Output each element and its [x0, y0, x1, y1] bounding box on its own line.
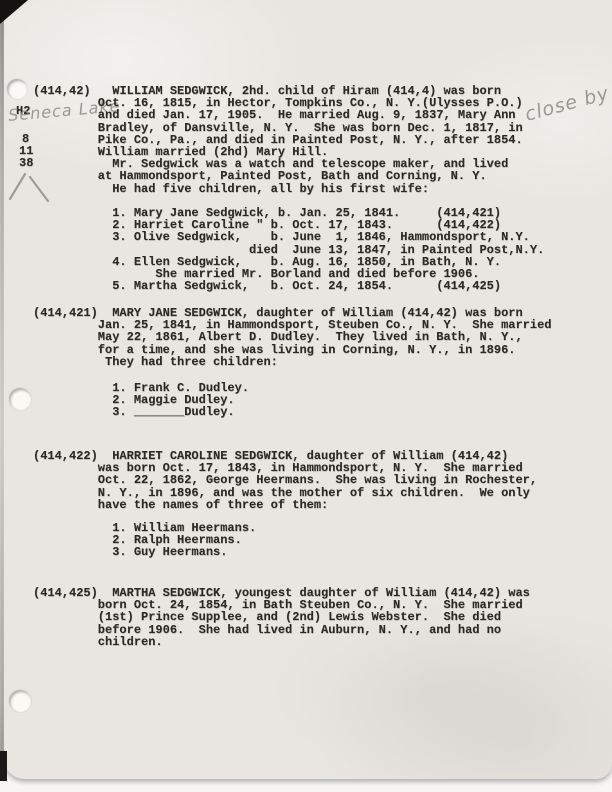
section-414-422-paragraph: (414,422) HARRIET CAROLINE SEDGWICK, dau…	[33, 450, 537, 511]
punch-hole-top	[7, 79, 27, 99]
punch-hole-bottom	[9, 690, 31, 712]
section-414-42-paragraph: (414,42) WILLIAM SEDGWICK, 2hd. child of…	[33, 85, 523, 195]
section-414-421-children-list: 1. Frank C. Dudley. 2. Maggie Dudley. 3.…	[33, 382, 249, 419]
margin-label-38: 38	[19, 157, 33, 169]
scanned-document-page: { "document": { "margin_labels": ["H2", …	[0, 0, 612, 792]
section-414-422-children-list: 1. William Heermans. 2. Ralph Heermans. …	[33, 522, 256, 559]
punch-hole-middle	[9, 388, 31, 410]
section-414-42-children-list: 1. Mary Jane Sedgwick, b. Jan. 25, 1841.…	[33, 207, 544, 292]
bottom-left-scan-mark	[0, 751, 7, 781]
section-414-425-paragraph: (414,425) MARTHA SEDGWICK, youngest daug…	[33, 587, 530, 648]
section-414-421-paragraph: (414,421) MARY JANE SEDGWICK, daughter o…	[33, 307, 551, 368]
left-scan-edge	[0, 0, 4, 779]
